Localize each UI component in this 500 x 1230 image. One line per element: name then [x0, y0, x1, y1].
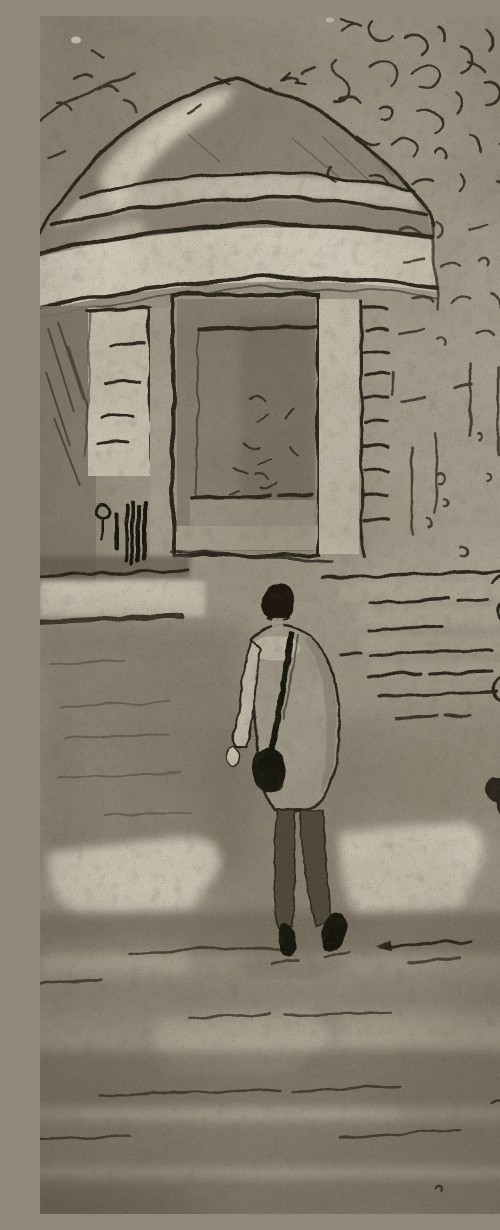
- etching-artwork: [40, 16, 500, 1214]
- vignette: [40, 16, 500, 1214]
- etching-scene: [40, 16, 500, 1214]
